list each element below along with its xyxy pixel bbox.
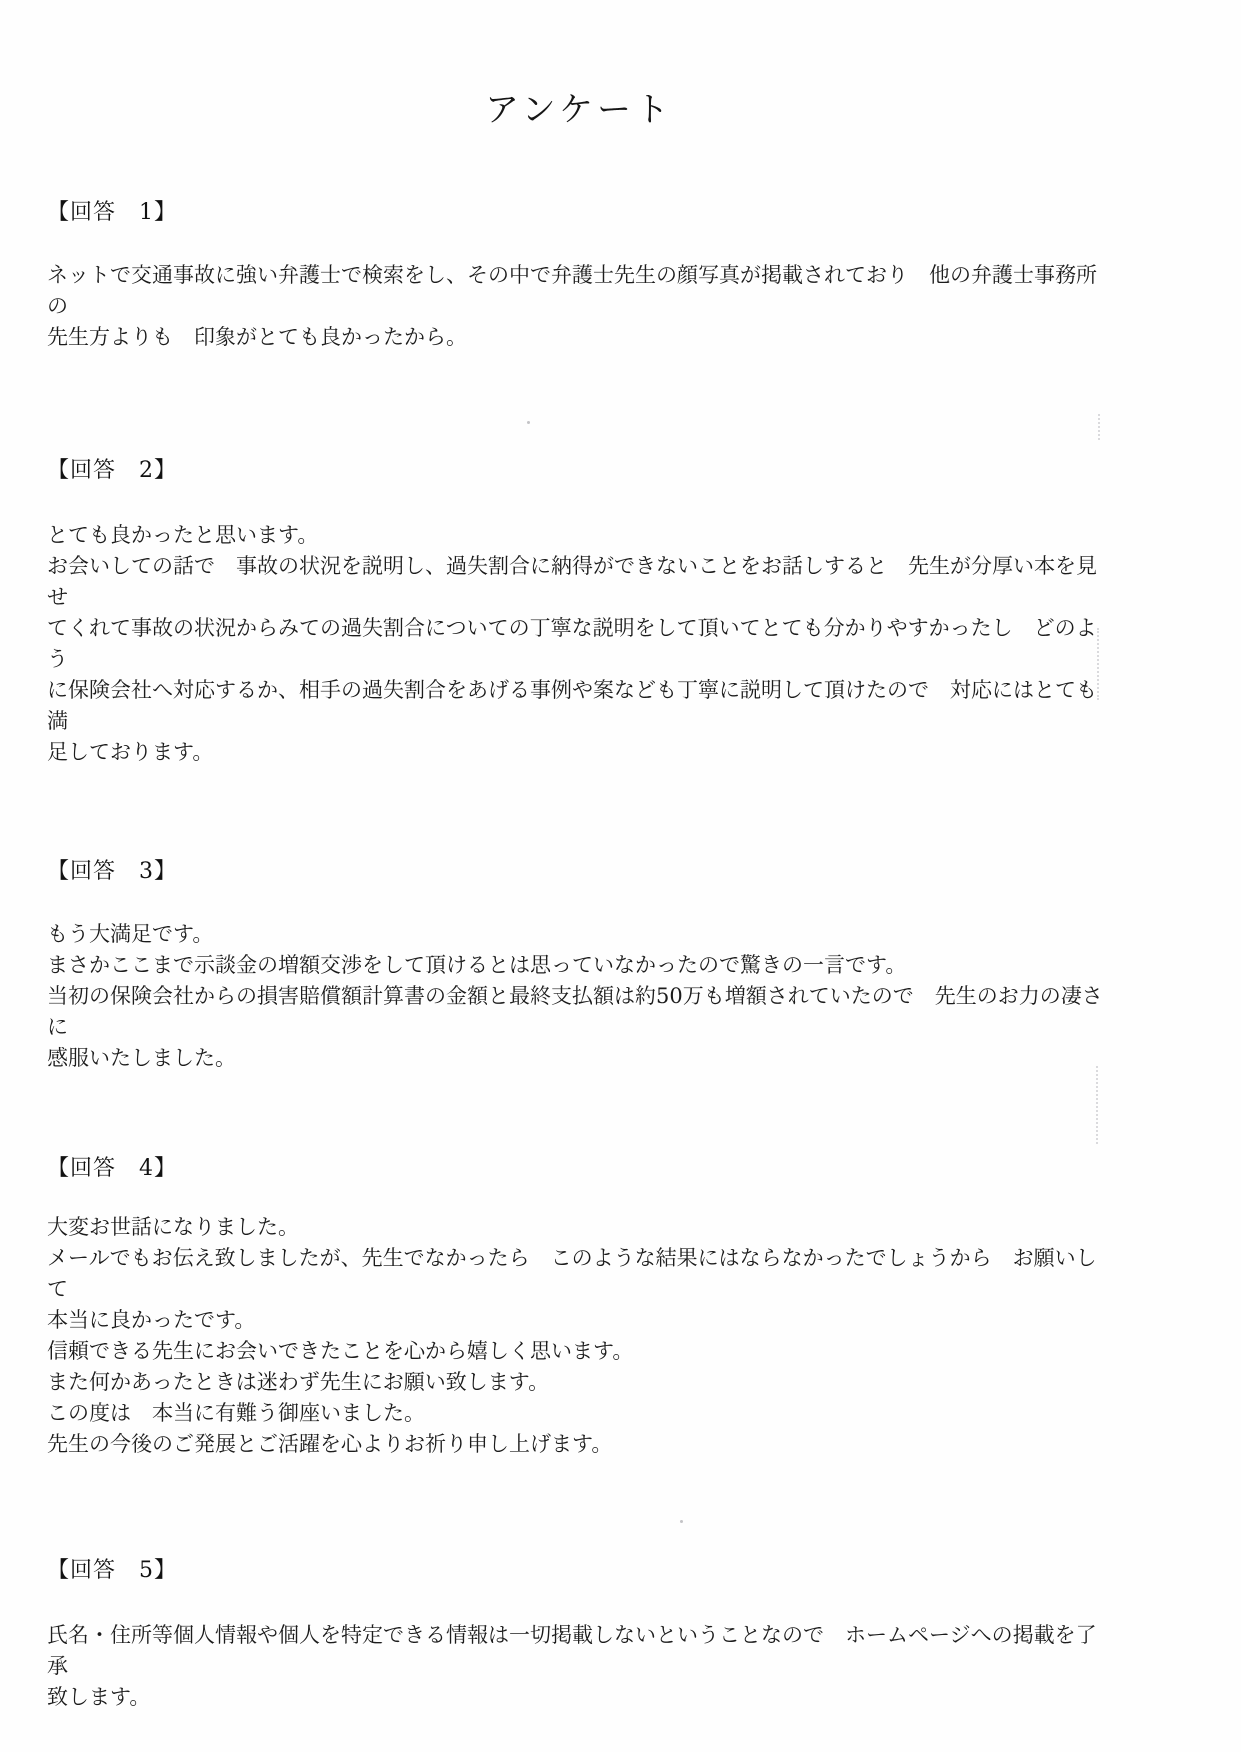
answer-section-3: 【回答 3】 もう大満足です。 まさかここまで示談金の増額交渉をして頂けるとは思… — [47, 854, 1111, 1074]
scan-artifact — [680, 1520, 683, 1523]
answer-3-text: もう大満足です。 まさかここまで示談金の増額交渉をして頂けるとは思っていなかった… — [47, 919, 1111, 1074]
text-line: もう大満足です。 — [47, 919, 1111, 950]
text-line: 足しております。 — [47, 737, 1111, 768]
text-line: この度は 本当に有難う御座いました。 — [47, 1398, 1111, 1429]
scan-artifact — [1096, 1066, 1100, 1144]
text-line: また何かあったときは迷わず先生にお願い致します。 — [47, 1367, 1111, 1398]
text-line: メールでもお伝え致しましたが、先生でなかったら このような結果にはならなかったで… — [47, 1243, 1111, 1305]
answer-4-label: 【回答 4】 — [47, 1151, 1111, 1182]
scanned-survey-page: アンケート 【回答 1】 ネットで交通事故に強い弁護士で検索をし、その中で弁護士… — [0, 0, 1241, 1752]
answer-2-label: 【回答 2】 — [47, 453, 1111, 484]
answer-4-text: 大変お世話になりました。 メールでもお伝え致しましたが、先生でなかったら このよ… — [47, 1212, 1111, 1460]
text-line: に保険会社へ対応するか、相手の過失割合をあげる事例や案なども丁寧に説明して頂けた… — [47, 675, 1111, 737]
answer-section-2: 【回答 2】 とても良かったと思います。 お会いしての話で 事故の状況を説明し、… — [47, 453, 1111, 768]
text-line: まさかここまで示談金の増額交渉をして頂けるとは思っていなかったので驚きの一言です… — [47, 950, 1111, 981]
text-line: 致します。 — [47, 1682, 1111, 1713]
answer-3-label: 【回答 3】 — [47, 854, 1111, 885]
text-line: 感服いたしました。 — [47, 1043, 1111, 1074]
answer-section-5: 【回答 5】 氏名・住所等個人情報や個人を特定できる情報は一切掲載しないというこ… — [47, 1553, 1111, 1713]
text-line: お会いしての話で 事故の状況を説明し、過失割合に納得ができないことをお話しすると… — [47, 551, 1111, 613]
text-line: てくれて事故の状況からみての過失割合についての丁寧な説明をして頂いてとても分かり… — [47, 613, 1111, 675]
text-line: 大変お世話になりました。 — [47, 1212, 1111, 1243]
answer-5-text: 氏名・住所等個人情報や個人を特定できる情報は一切掲載しないということなので ホー… — [47, 1620, 1111, 1713]
answer-5-label: 【回答 5】 — [47, 1553, 1111, 1584]
text-line: 先生の今後のご発展とご活躍を心よりお祈り申し上げます。 — [47, 1429, 1111, 1460]
text-line: 当初の保険会社からの損害賠償額計算書の金額と最終支払額は約50万も増額されていた… — [47, 981, 1111, 1043]
answer-section-1: 【回答 1】 ネットで交通事故に強い弁護士で検索をし、その中で弁護士先生の顔写真… — [47, 195, 1111, 353]
answer-1-label: 【回答 1】 — [47, 195, 1111, 226]
scan-artifact — [1098, 414, 1102, 440]
text-line: とても良かったと思います。 — [47, 520, 1111, 551]
scan-artifact — [527, 421, 530, 424]
answer-section-4: 【回答 4】 大変お世話になりました。 メールでもお伝え致しましたが、先生でなか… — [47, 1151, 1111, 1460]
text-line: 本当に良かったです。 — [47, 1305, 1111, 1336]
text-line: 氏名・住所等個人情報や個人を特定できる情報は一切掲載しないということなので ホー… — [47, 1620, 1111, 1682]
answer-1-text: ネットで交通事故に強い弁護士で検索をし、その中で弁護士先生の顔写真が掲載されてお… — [47, 260, 1111, 353]
answer-2-text: とても良かったと思います。 お会いしての話で 事故の状況を説明し、過失割合に納得… — [47, 520, 1111, 768]
text-line: 先生方よりも 印象がとても良かったから。 — [47, 322, 1111, 353]
text-line: ネットで交通事故に強い弁護士で検索をし、その中で弁護士先生の顔写真が掲載されてお… — [47, 260, 1111, 322]
page-title: アンケート — [47, 0, 1111, 131]
text-line: 信頼できる先生にお会いできたことを心から嬉しく思います。 — [47, 1336, 1111, 1367]
